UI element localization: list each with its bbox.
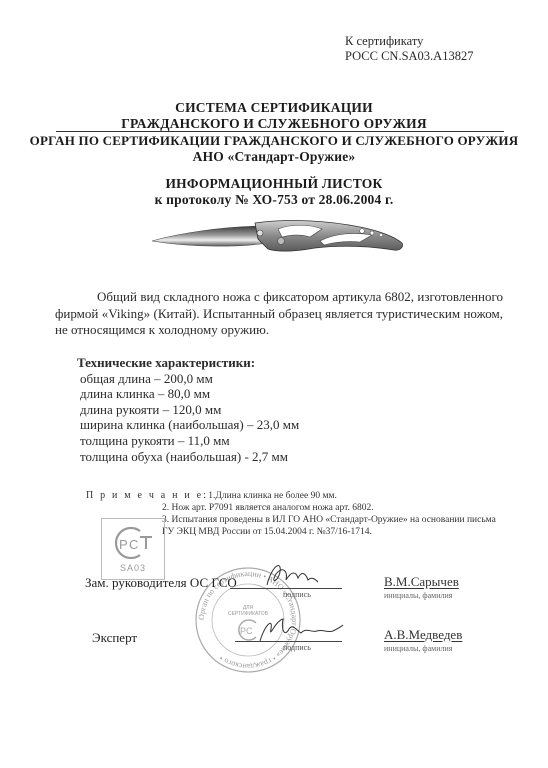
note-item: 1.Длина клинка не более 90 мм. — [208, 491, 337, 501]
signatory-role-deputy-head: Зам. руководителя ОС ГСО — [85, 575, 237, 591]
technical-specs: Технические характеристики: общая длина … — [80, 355, 299, 464]
logo-code: SA03 — [102, 563, 164, 573]
folding-knife-image — [150, 215, 410, 260]
note-item: 3. Испытания проведены в ИЛ ГО АНО «Стан… — [162, 514, 496, 526]
certificate-reference-label: К сертификату — [345, 34, 473, 49]
organization-name: АНО «Стандарт-Оружие» — [0, 149, 548, 165]
system-title-line1: СИСТЕМА СЕРТИФИКАЦИИ — [0, 100, 548, 116]
note-item: 2. Нож арт. Р7091 является аналогом ножа… — [162, 502, 496, 514]
description-text: Общий вид складного ножа с фиксатором ар… — [55, 289, 503, 337]
spec-item: ширина клинка (наибольшая) – 23,0 мм — [80, 417, 299, 433]
rst-certification-logo: P C SA03 — [101, 518, 165, 580]
spec-item: толщина обуха (наибольшая) - 2,7 мм — [80, 449, 299, 465]
signature-caption: подпись — [283, 590, 311, 599]
handwritten-signature-1 — [262, 560, 322, 590]
notes-label: П р и м е ч а н и е: — [86, 490, 208, 501]
certificate-number: РОСС CN.SA03.A13827 — [345, 49, 473, 64]
document-subtitle: к протоколу № ХО-753 от 28.06.2004 г. — [0, 192, 548, 208]
svg-text:PC: PC — [240, 626, 253, 636]
certificate-reference: К сертификату РОСС CN.SA03.A13827 — [345, 34, 473, 64]
signatory-name: А.В.Медведев — [384, 627, 462, 643]
svg-text:P: P — [119, 537, 128, 552]
spec-item: толщина рукояти – 11,0 мм — [80, 433, 299, 449]
specs-title: Технические характеристики: — [77, 355, 299, 371]
signatory-role-expert: Эксперт — [92, 630, 137, 646]
certification-body-title: ОРГАН ПО СЕРТИФИКАЦИИ ГРАЖДАНСКОГО И СЛУ… — [0, 133, 548, 149]
note-item: ГУ ЭКЦ МВД России от 15.04.2004 г. №37/1… — [162, 526, 496, 538]
spec-item: длина клинка – 80,0 мм — [80, 386, 299, 402]
system-title-line2: ГРАЖДАНСКОГО И СЛУЖЕБНОГО ОРУЖИЯ — [0, 116, 548, 132]
handwritten-signature-2 — [255, 615, 345, 645]
signature-caption: подпись — [283, 643, 311, 652]
signatory-name-caption: инициалы, фамилия — [384, 644, 452, 653]
header-divider — [56, 131, 504, 132]
description-paragraph: Общий вид складного ножа с фиксатором ар… — [55, 289, 503, 339]
spec-item: общая длина – 200,0 мм — [80, 371, 299, 387]
signatory-name: В.М.Сарычев — [384, 574, 459, 590]
spec-item: длина рукояти – 120,0 мм — [80, 402, 299, 418]
signatory-name-caption: инициалы, фамилия — [384, 591, 452, 600]
document-title: ИНФОРМАЦИОННЫЙ ЛИСТОК — [0, 176, 548, 192]
svg-text:C: C — [129, 537, 138, 552]
